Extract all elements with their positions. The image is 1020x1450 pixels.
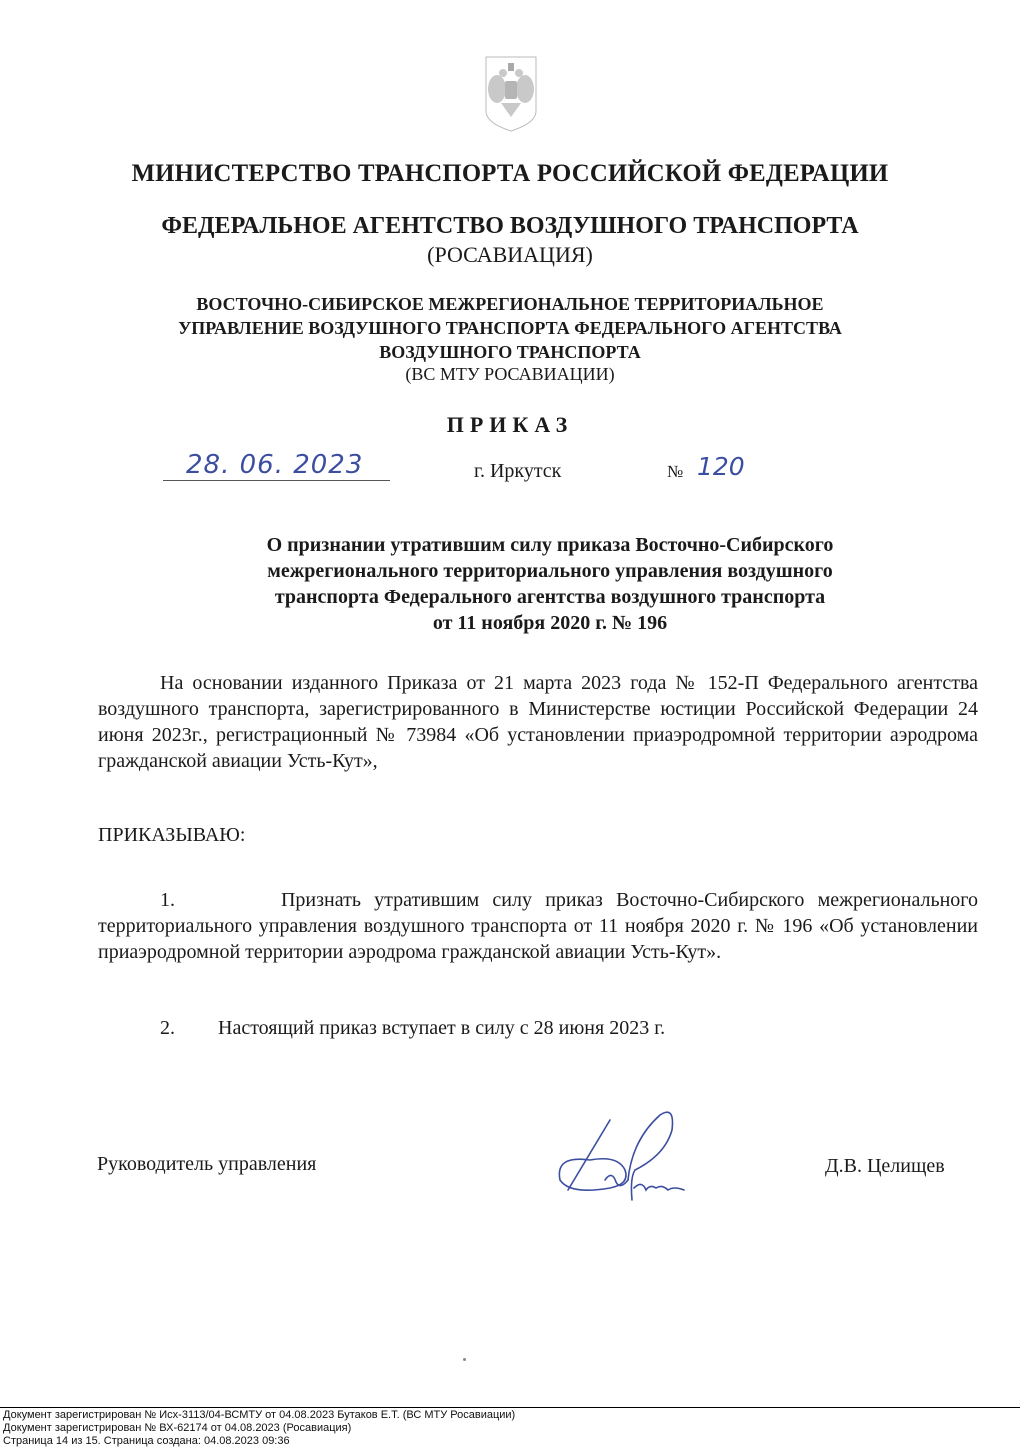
subject-line: от 11 ноября 2020 г. № 196 <box>190 610 910 636</box>
item-number: 1. <box>160 889 175 911</box>
order-date-handwritten: 28. 06. 2023 <box>186 450 363 480</box>
order-verb: ПРИКАЗЫВАЮ: <box>98 824 245 847</box>
department-short-name: (ВС МТУ РОСАВИАЦИИ) <box>0 364 1020 385</box>
department-heading: ВОСТОЧНО-СИБИРСКОЕ МЕЖРЕГИОНАЛЬНОЕ ТЕРРИ… <box>0 292 1020 364</box>
signatory-name: Д.В. Целищев <box>825 1155 945 1178</box>
signatory-role: Руководитель управления <box>97 1153 316 1176</box>
subject-line: транспорта Федерального агентства воздуш… <box>190 584 910 610</box>
order-number-handwritten: 120 <box>697 452 745 481</box>
order-item-2: 2.Настоящий приказ вступает в силу с 28 … <box>98 1015 978 1041</box>
handwritten-signature-icon <box>550 1100 700 1210</box>
item-number: 2. <box>98 1015 218 1041</box>
order-item-1: 1. Признать утратившим силу приказ Восто… <box>98 887 978 965</box>
footer-line-2: Документ зарегистрирован № ВХ-62174 от 0… <box>3 1422 515 1435</box>
footer-line-1: Документ зарегистрирован № Исх-3113/04-В… <box>3 1409 515 1422</box>
subject-line: О признании утратившим силу приказа Вост… <box>190 532 910 558</box>
department-line: ВОЗДУШНОГО ТРАНСПОРТА <box>0 340 1020 364</box>
ministry-heading: МИНИСТЕРСТВО ТРАНСПОРТА РОССИЙСКОЙ ФЕДЕР… <box>5 160 1015 188</box>
agency-short-name: (РОСАВИАЦИЯ) <box>0 242 1020 268</box>
footer-divider <box>0 1407 1020 1408</box>
preamble-paragraph: На основании изданного Приказа от 21 мар… <box>98 670 978 774</box>
russian-coat-of-arms-icon <box>483 53 539 133</box>
department-line: УПРАВЛЕНИЕ ВОЗДУШНОГО ТРАНСПОРТА ФЕДЕРАЛ… <box>0 316 1020 340</box>
footer-line-3: Страница 14 из 15. Страница создана: 04.… <box>3 1435 515 1448</box>
item-text: Настоящий приказ вступает в силу с 28 ию… <box>218 1017 665 1039</box>
scan-speck <box>463 1358 466 1361</box>
agency-heading: ФЕДЕРАЛЬНОЕ АГЕНТСТВО ВОЗДУШНОГО ТРАНСПО… <box>0 213 1020 240</box>
order-city: г. Иркутск <box>474 460 561 483</box>
subject-line: межрегионального территориального управл… <box>190 558 910 584</box>
date-underline <box>163 480 390 481</box>
order-number-label: № <box>667 462 683 482</box>
department-line: ВОСТОЧНО-СИБИРСКОЕ МЕЖРЕГИОНАЛЬНОЕ ТЕРРИ… <box>0 292 1020 316</box>
order-subject: О признании утратившим силу приказа Вост… <box>190 532 910 636</box>
registration-footer: Документ зарегистрирован № Исх-3113/04-В… <box>3 1409 515 1448</box>
order-title: ПРИКАЗ <box>0 412 1020 438</box>
